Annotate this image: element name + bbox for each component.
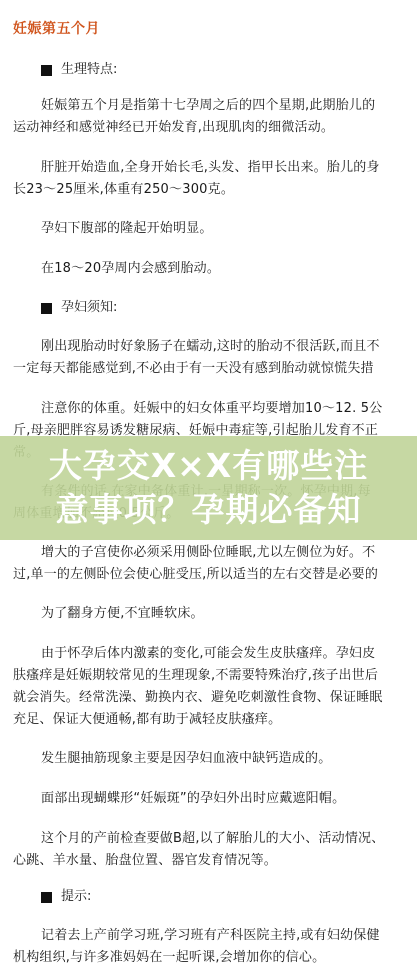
square-bullet-icon <box>41 892 52 903</box>
section-heading-label: 孕妇须知: <box>61 298 117 318</box>
paragraph-line: 注意你的体重。妊娠中的妇女体重平均要增加10～12. 5公 <box>0 398 417 420</box>
paragraph-line: 这个月的产前检查要做B超,以了解胎儿的大小、活动情况、 <box>0 828 417 850</box>
section-heading-tips: 提示: <box>41 887 91 907</box>
overlay-banner[interactable]: 大孕交X×X有哪些注 意事项？孕期必备知 <box>0 436 417 540</box>
article-title: 妊娠第五个月 <box>13 18 100 38</box>
paragraph-line: 刚出现胎动时好象肠子在蠕动,这时的胎动不很活跃,而且不 <box>0 336 417 358</box>
paragraph-line: 面部出现蝴蝶形“妊娠斑”的孕妇外出时应戴遮阳帽。 <box>0 788 417 810</box>
paragraph-line: 在18～20孕周内会感到胎动。 <box>0 258 417 280</box>
banner-headline-line-1: 大孕交X×X有哪些注 <box>0 446 417 486</box>
section-heading-label: 生理特点: <box>61 60 117 80</box>
paragraph-line: 肤瘙痒是妊娠期较常见的生理现象,不需要特殊治疗,孩子出世后 <box>0 665 417 687</box>
paragraph-line: 运动神经和感觉神经已开始发育,出现肌肉的细微活动。 <box>0 117 417 139</box>
paragraph-line: 孕妇下腹部的隆起开始明显。 <box>0 218 417 240</box>
banner-headline-line-2: 意事项？孕期必备知 <box>0 490 417 530</box>
paragraph-line: 妊娠第五个月是指第十七孕周之后的四个星期,此期胎儿的 <box>0 95 417 117</box>
paragraph-line: 肝脏开始造血,全身开始长毛,头发、指甲长出来。胎儿的身 <box>0 157 417 179</box>
paragraph-line: 长23～25厘米,体重有250～300克。 <box>0 179 417 201</box>
paragraph-line: 一定每天都能感觉到,不必由于有一天没有感到胎动就惊慌失措 <box>0 358 417 380</box>
paragraph-line: 记着去上产前学习班,学习班有产科医院主持,或有妇幼保健 <box>0 925 417 947</box>
paragraph-line: 为了翻身方便,不宜睡软床。 <box>0 603 417 625</box>
square-bullet-icon <box>41 65 52 76</box>
section-heading-label: 提示: <box>61 887 91 907</box>
paragraph-line: 机构组织,与许多准妈妈在一起听课,会增加你的信心。 <box>0 947 417 969</box>
paragraph-line: 发生腿抽筋现象主要是因孕妇血液中缺钙造成的。 <box>0 748 417 770</box>
paragraph-line: 由于怀孕后体内激素的变化,可能会发生皮肤瘙痒。孕妇皮 <box>0 643 417 665</box>
paragraph-line: 增大的子宫使你必须采用侧卧位睡眠,尤以左侧位为好。不 <box>0 542 417 564</box>
paragraph-line: 就会消失。经常洗澡、勤换内衣、避免吃刺激性食物、保证睡眠 <box>0 687 417 709</box>
section-heading-physiology: 生理特点: <box>41 60 117 80</box>
square-bullet-icon <box>41 303 52 314</box>
paragraph-line: 充足、保证大便通畅,都有助于减轻皮肤瘙痒。 <box>0 709 417 731</box>
article-page: 妊娠第五个月 生理特点: 妊娠第五个月是指第十七孕周之后的四个星期,此期胎儿的 … <box>0 0 417 976</box>
section-heading-notes: 孕妇须知: <box>41 298 117 318</box>
paragraph-line: 过,单一的左侧卧位会使心脏受压,所以适当的左右交替是必要的 <box>0 564 417 586</box>
paragraph-line: 心跳、羊水量、胎盘位置、器官发育情况等。 <box>0 850 417 872</box>
